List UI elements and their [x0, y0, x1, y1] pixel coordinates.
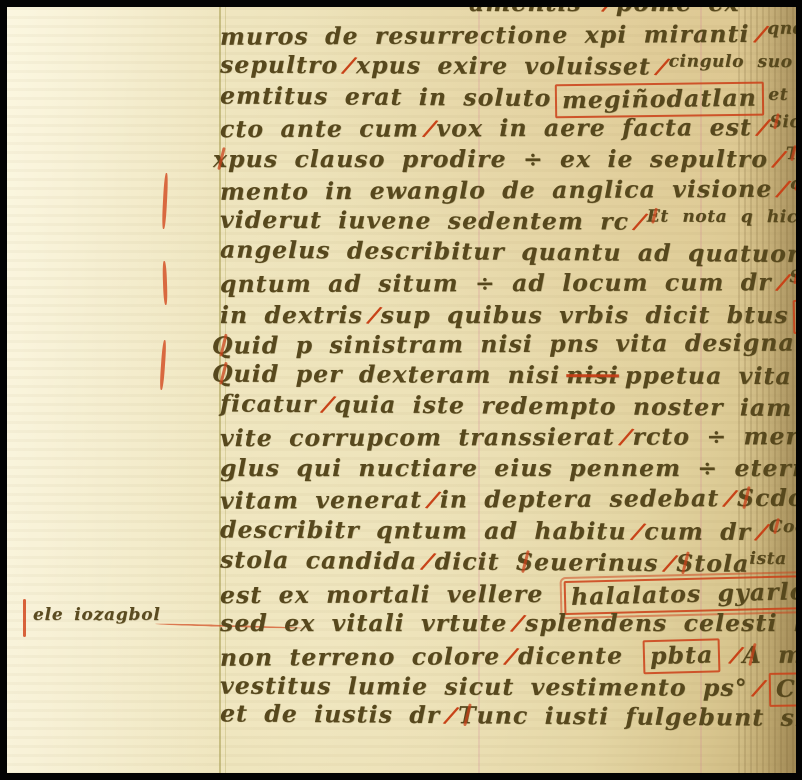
text-segment: t nota q hic — [660, 207, 796, 228]
text-segment: angelus describitur quantu ad quatuor — [220, 235, 796, 268]
manuscript-line-4: cto ante cum/vox in aere facta est/Sic p… — [220, 112, 796, 143]
manuscript-line-20: sed ex vitali vrtute/splendens celesti l… — [220, 609, 796, 637]
manuscript-line-8: angelus describitur quantu ad quatuor/pm… — [220, 234, 796, 268]
text-segment: unc iusti fulgebunt sicut so — [476, 701, 796, 732]
text-segment: splendens celesti lumie — [525, 609, 796, 637]
text-segment: vestitus lumie sicut vestimento ps° — [220, 672, 748, 702]
rubricated-capital: x — [213, 145, 228, 173]
rubricated-capital: S — [737, 484, 755, 512]
manuscript-line-5: xpus clauso prodire ÷ ex ie sepultro/Tti… — [213, 144, 796, 173]
text-segment: et proie — [768, 85, 796, 106]
text-segment: vitam venerat — [220, 486, 422, 515]
text-segment: cdo ange — [755, 483, 796, 512]
rubricated-capital: T — [786, 144, 796, 164]
manuscript-line-23: et de iustis dr/Tunc iusti fulgebunt sic… — [220, 699, 796, 732]
manuscript-line-14: vite corrupcom transsierat/rcto ÷ merito… — [220, 422, 796, 452]
text-segment: ppetua vita sig — [625, 361, 796, 390]
rubricated-capital: C — [769, 517, 783, 537]
rubricated-capital: q — [790, 174, 796, 194]
text-segment: vite corrupcom transsierat — [220, 423, 615, 452]
text-segment: ista no — [749, 549, 796, 570]
text-segment: rcto ÷ merito an — [632, 422, 796, 451]
rubricated-capital: Q — [212, 332, 234, 360]
text-segment: viderut iuvene sedentem rc — [220, 206, 629, 236]
rubricated-capital: Q — [212, 360, 234, 388]
manuscript-line-7: viderut iuvene sedentem rc/Et nota q hic — [220, 205, 796, 237]
rubric-boxed-gloss: pbta — [643, 638, 721, 674]
left-margin-light-area — [7, 7, 219, 773]
manuscript-line-19: est ex mortali vellere halalatos gyarlob… — [220, 577, 796, 613]
rubricated-capital: S — [676, 549, 694, 577]
manuscript-line-15: glus qui nuctiare eius pennem ÷ eternam — [220, 454, 796, 482]
manuscript-line-1: muros de resurrectione xpi miranti/qnd c… — [220, 18, 796, 50]
rubricated-capital: T — [458, 701, 477, 729]
text-segment: xpus exire voluisset — [356, 51, 651, 80]
text-segment: dicit — [435, 547, 516, 576]
manuscript-line-17: describitr qntum ad habitu/cum dr/Cooper… — [220, 515, 796, 547]
manuscript-line-6: mento in ewanglo de anglica visione/qum … — [220, 173, 796, 205]
text-segment: est ex mortali vellere — [220, 580, 560, 609]
text-segment: qnd claus — [767, 18, 796, 39]
text-segment: tola — [694, 549, 749, 577]
rubricated-capital: E — [647, 207, 661, 227]
text-segment: pus clauso prodire ÷ ex ie sepultro — [228, 145, 768, 173]
manuscript-line-0: amentis /pome ex — [469, 7, 740, 17]
text-segment: dicente — [518, 642, 640, 671]
rubricated-capital: S — [789, 267, 796, 287]
rubricated-capital: S — [516, 548, 534, 576]
red-virgule: / — [751, 673, 767, 703]
text-segment: uid per dexteram nisi — [234, 360, 561, 389]
text-segment: mictus — [762, 640, 796, 669]
rubricated-capital: S — [770, 112, 783, 132]
parchment-page: ele iozagbol amentis /pome exmuros de re… — [7, 7, 796, 773]
red-virgule: / — [753, 19, 769, 48]
manuscript-line-16: vitam venerat/in deptera sedebat/Scdo an… — [220, 483, 796, 515]
text-segment: in deptera sedebat — [440, 484, 720, 513]
red-struck-word: nisi — [566, 361, 619, 389]
text-segment: cto ante cum — [220, 114, 419, 143]
text-segment: muros de resurrectione xpi miranti — [220, 20, 750, 51]
manuscript-line-13: ficatur/quia iste redempto noster iam pn… — [220, 389, 796, 422]
text-segment: euerinus — [534, 548, 659, 577]
manuscript-scan: ele iozagbol amentis /pome exmuros de re… — [0, 0, 802, 780]
margin-gloss: ele iozagbol — [33, 605, 161, 625]
text-segment: et de iustis dr — [220, 699, 441, 729]
text-segment: describitr qntum ad habitu — [220, 516, 627, 546]
text-segment: qntum ad situm ÷ ad locum cum dr — [220, 268, 772, 298]
text-segment: quia iste redempto noster iam pntis — [334, 390, 796, 422]
text-segment: vox in aere facta est — [436, 113, 752, 142]
text-segment: emtitus erat in soluto — [220, 82, 552, 113]
text-segment: pome ex — [616, 7, 740, 17]
text-segment: sup quibus vrbis dicit btus — [381, 301, 789, 329]
text-segment: cum dr — [644, 517, 751, 545]
text-segment: cingulo suo qua — [669, 52, 796, 73]
manuscript-line-10: in dextris/sup quibus vrbis dicit btusGr… — [220, 299, 796, 333]
manuscript-line-11: Quid p sinistram nisi pns vita designatu… — [212, 328, 796, 359]
rubricated-capital: A — [742, 641, 761, 669]
manuscript-line-18: stola candida/dicit Seuerinus/Stolaista … — [220, 545, 796, 579]
gloss-red-tick — [23, 599, 26, 637]
text-segment: amentis — [469, 7, 598, 17]
text-segment: mento in ewanglo de anglica visione — [220, 175, 772, 206]
manuscript-line-12: Quid per dexteram nisinisippetua vita si… — [212, 360, 796, 391]
rubric-boxed-gloss: C iij° — [769, 671, 796, 707]
text-segment: oopertum — [783, 517, 796, 537]
text-segment: sepultro — [220, 51, 338, 80]
text-segment: uid p sinistram nisi pns vita designatur — [234, 328, 796, 359]
text-segment: in dextris — [220, 301, 363, 329]
text-segment: ficatur — [220, 389, 317, 418]
text-segment: non terreno colore — [220, 642, 500, 671]
manuscript-line-2: sepultro/xpus exire voluisset/cingulo su… — [220, 50, 796, 82]
text-segment: glus qui nuctiare eius pennem ÷ eternam — [220, 454, 796, 482]
manuscript-line-9: qntum ad situm ÷ ad locum cum dr/Sedens — [220, 267, 796, 298]
text-segment: sed ex vitali vrtute — [220, 609, 507, 637]
text-segment: ic potuit — [782, 112, 796, 132]
text-segment: stola candida — [220, 546, 417, 576]
